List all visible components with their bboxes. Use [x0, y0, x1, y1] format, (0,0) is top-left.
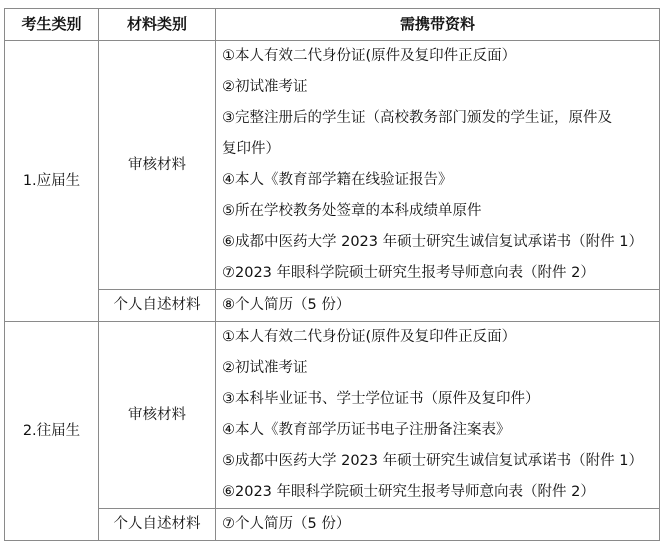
category-cell: 1.应届生	[5, 41, 99, 322]
materials-list: ①本人有效二代身份证(原件及复印件正反面） ②初试准考证 ③本科毕业证书、学士学…	[216, 322, 660, 509]
list-item: ⑤成都中医药大学 2023 年硕士研究生诚信复试承诺书（附件 1）	[222, 446, 659, 477]
list-item: ②初试准考证	[222, 72, 659, 103]
list-item: ③本科毕业证书、学士学位证书（原件及复印件）	[222, 384, 659, 415]
list-item: ⑦2023 年眼科学院硕士研究生报考导师意向表（附件 2）	[222, 258, 659, 289]
material-type-cell: 审核材料	[99, 41, 216, 290]
header-student-category: 考生类别	[5, 9, 99, 41]
materials-list: ⑦个人简历（5 份）	[216, 509, 660, 541]
material-type-cell: 个人自述材料	[99, 290, 216, 322]
list-item: ③完整注册后的学生证（高校教务部门颁发的学生证，原件及	[222, 103, 659, 134]
header-required-materials: 需携带资料	[216, 9, 660, 41]
material-type-cell: 审核材料	[99, 322, 216, 509]
list-item: ⑥2023 年眼科学院硕士研究生报考导师意向表（附件 2）	[222, 477, 659, 508]
list-item: ⑧个人简历（5 份）	[222, 290, 659, 321]
table-row: 个人自述材料 ⑧个人简历（5 份）	[5, 290, 660, 322]
list-item: 复印件）	[222, 134, 659, 165]
table-row: 1.应届生 审核材料 ①本人有效二代身份证(原件及复印件正反面） ②初试准考证 …	[5, 41, 660, 290]
list-item: ⑤所在学校教务处签章的本科成绩单原件	[222, 196, 659, 227]
list-item: ④本人《教育部学籍在线验证报告》	[222, 165, 659, 196]
list-item: ⑥成都中医药大学 2023 年硕士研究生诚信复试承诺书（附件 1）	[222, 227, 659, 258]
list-item: ⑦个人简历（5 份）	[222, 509, 659, 540]
list-item: ④本人《教育部学历证书电子注册备注案表》	[222, 415, 659, 446]
header-material-category: 材料类别	[99, 9, 216, 41]
header-row: 考生类别 材料类别 需携带资料	[5, 9, 660, 41]
materials-list: ①本人有效二代身份证(原件及复印件正反面） ②初试准考证 ③完整注册后的学生证（…	[216, 41, 660, 290]
list-item: ①本人有效二代身份证(原件及复印件正反面）	[222, 322, 659, 353]
table-row: 2.往届生 审核材料 ①本人有效二代身份证(原件及复印件正反面） ②初试准考证 …	[5, 322, 660, 509]
materials-list: ⑧个人简历（5 份）	[216, 290, 660, 322]
category-cell: 2.往届生	[5, 322, 99, 541]
list-item: ①本人有效二代身份证(原件及复印件正反面）	[222, 41, 659, 72]
material-type-cell: 个人自述材料	[99, 509, 216, 541]
list-item: ②初试准考证	[222, 353, 659, 384]
required-materials-table: 考生类别 材料类别 需携带资料 1.应届生 审核材料 ①本人有效二代身份证(原件…	[4, 8, 660, 541]
table-row: 个人自述材料 ⑦个人简历（5 份）	[5, 509, 660, 541]
